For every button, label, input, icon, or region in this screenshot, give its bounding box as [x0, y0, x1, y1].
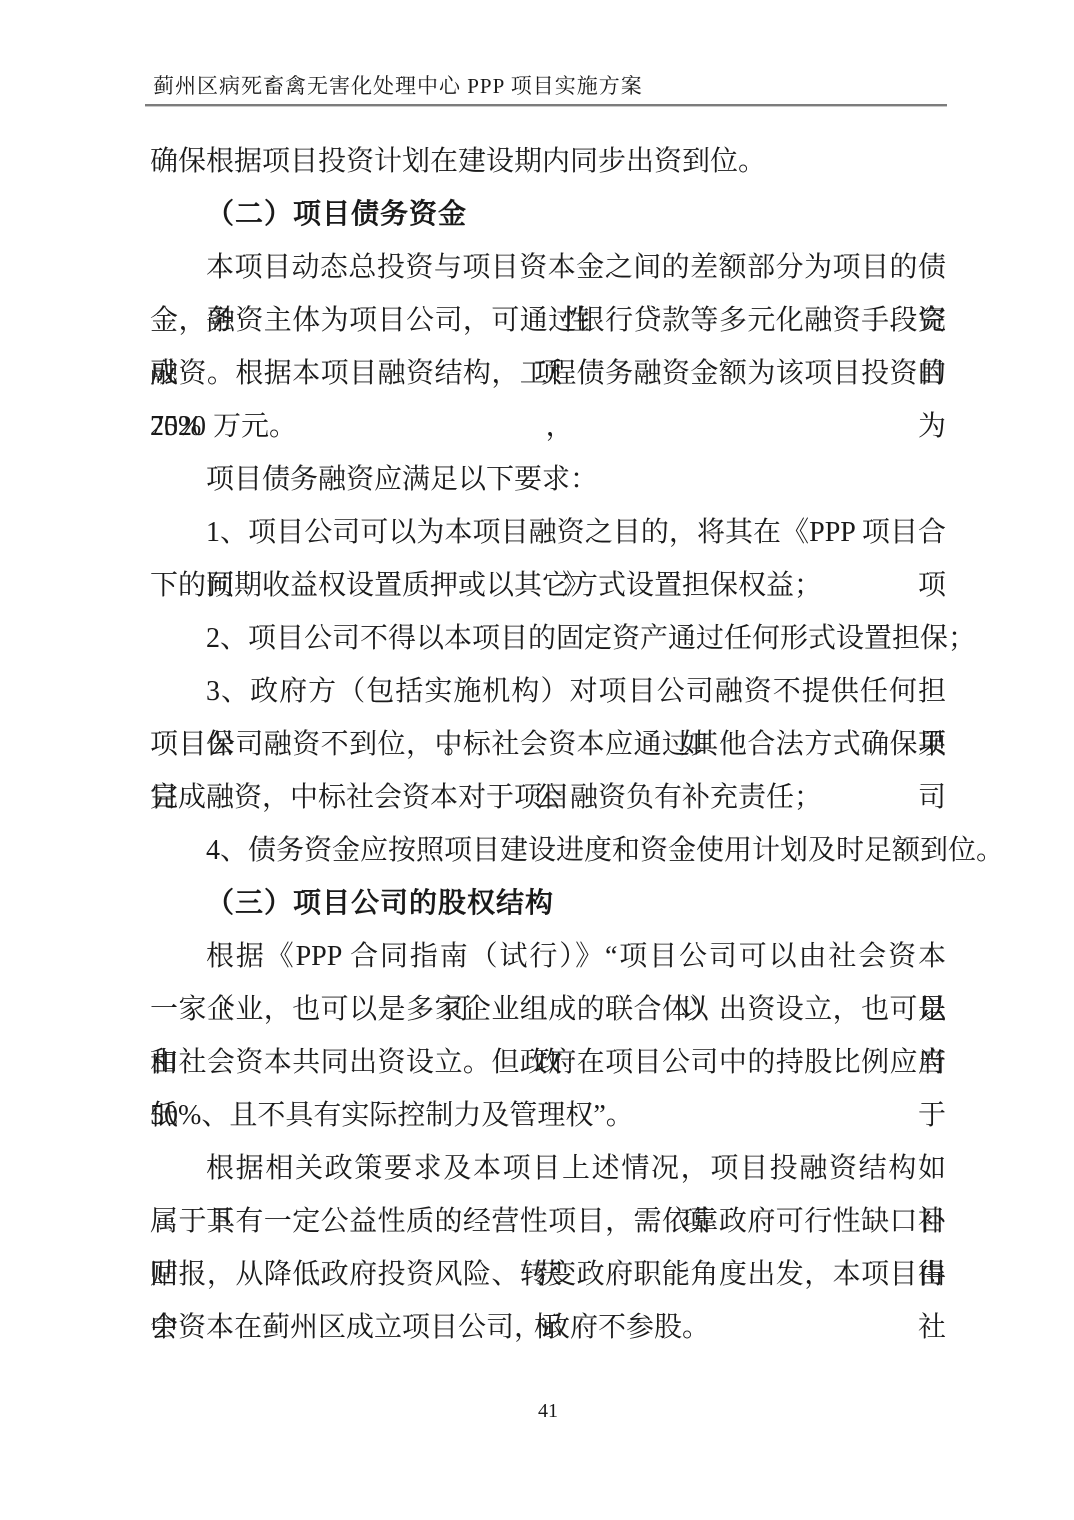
document-line: 一家企业，也可以是多家企业组成的联合体）出资设立，也可以由政府	[150, 983, 946, 1036]
header-title: 蓟州区病死畜禽无害化处理中心 PPP 项目实施方案	[145, 74, 643, 98]
document-line: 项目债务融资应满足以下要求：	[150, 453, 946, 506]
document-line: 回报，从降低政府投资风险、转变政府职能角度出发，本项目由中标社	[150, 1248, 946, 1301]
page-footer: 41	[150, 1396, 946, 1426]
document-line: 3、政府方（包括实施机构）对项目公司融资不提供任何担保。如果	[150, 665, 946, 718]
document-line: 确保根据项目投资计划在建设期内同步出资到位。	[150, 135, 946, 188]
document-line: 1、项目公司可以为本项目融资之目的，将其在《PPP 项目合同》项	[150, 506, 946, 559]
page-header: 蓟州区病死畜禽无害化处理中心 PPP 项目实施方案	[145, 74, 947, 106]
document-line: 融资。根据本项目融资结构，工程债务融资金额为该项目投资的 70%，为	[150, 347, 946, 400]
document-line: 4、债务资金应按照项目建设进度和资金使用计划及时足额到位。	[150, 824, 946, 877]
section-heading: （二）项目债务资金	[150, 188, 946, 241]
document-line: 本项目动态总投资与项目资本金之间的差额部分为项目的债务性资	[150, 241, 946, 294]
document-line: 和社会资本共同出资设立。但政府在项目公司中的持股比例应当低于	[150, 1036, 946, 1089]
document-line: 根据《PPP 合同指南（试行）》“项目公司可以由社会资本（可以是	[150, 930, 946, 983]
document-line: 2、项目公司不得以本项目的固定资产通过任何形式设置担保；	[150, 612, 946, 665]
document-line: 项目公司融资不到位，中标社会资本应通过其他合法方式确保项目公司	[150, 718, 946, 771]
document-page: 蓟州区病死畜禽无害化处理中心 PPP 项目实施方案 确保根据项目投资计划在建设期…	[0, 0, 1074, 1520]
page-number: 41	[538, 1400, 558, 1422]
document-body: 确保根据项目投资计划在建设期内同步出资到位。（二）项目债务资金本项目动态总投资与…	[150, 135, 946, 1354]
document-line: 属于具有一定公益性质的经营性项目，需依靠政府可行性缺口补贴获得	[150, 1195, 946, 1248]
section-heading: （三）项目公司的股权结构	[150, 877, 946, 930]
document-line: 根据相关政策要求及本项目上述情况，项目投融资结构如下：项目	[150, 1142, 946, 1195]
document-line: 金，融资主体为项目公司，可通过银行贷款等多元化融资手段完成项目	[150, 294, 946, 347]
